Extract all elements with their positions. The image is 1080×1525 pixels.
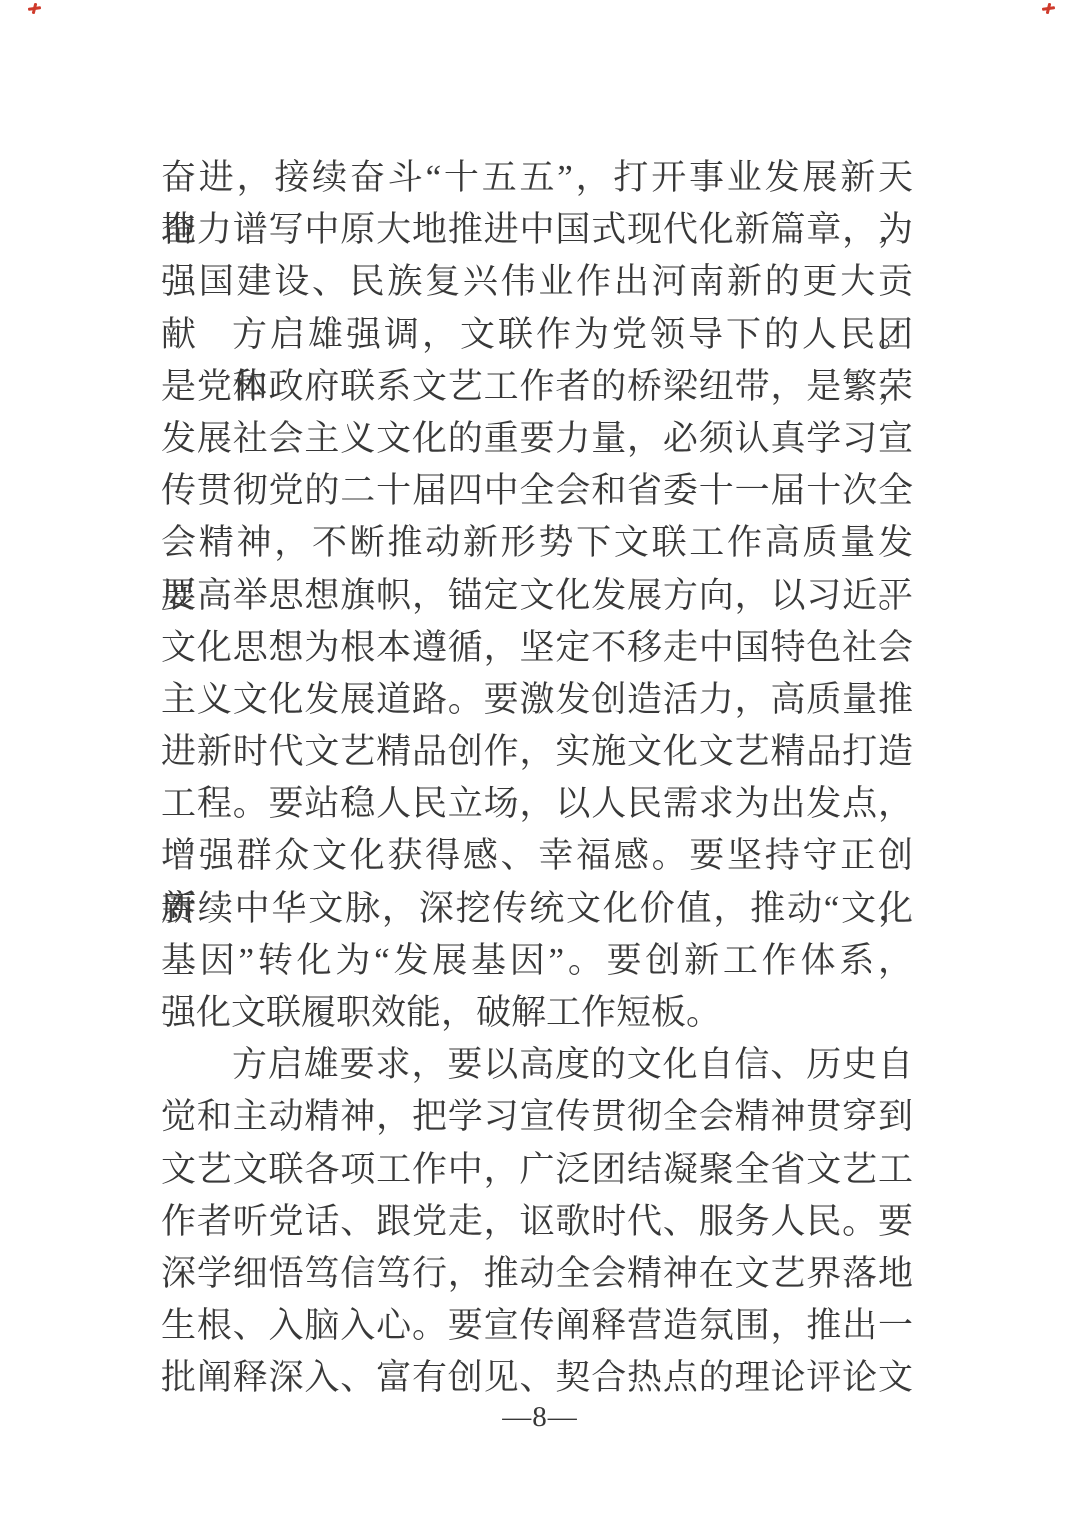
document-line: 增强群众文化获得感、幸福感。要坚持守正创新， xyxy=(161,830,913,882)
document-text-block: 奋进，接续奋斗“十五五”，打开事业发展新天地， 奋力谱写中原大地推进中国式现代化… xyxy=(161,152,913,1405)
document-line: 要高举思想旗帜，锚定文化发展方向，以习近平 xyxy=(161,570,913,622)
document-line: 工程。要站稳人民立场，以人民需求为出发点， xyxy=(161,778,913,830)
red-corner-mark-left xyxy=(27,2,43,16)
document-line: 传贯彻党的二十届四中全会和省委十一届十次全 xyxy=(161,465,913,517)
document-line: 进新时代文艺精品创作，实施文化文艺精品打造 xyxy=(161,726,913,778)
document-line: 主义文化发展道路。要激发创造活力，高质量推 xyxy=(161,674,913,726)
document-line: 文艺文联各项工作中，广泛团结凝聚全省文艺工 xyxy=(161,1144,913,1196)
document-line: 奋力谱写中原大地推进中国式现代化新篇章，为 xyxy=(161,204,913,256)
document-line: 是党和政府联系文艺工作者的桥梁纽带，是繁荣 xyxy=(161,361,913,413)
document-page: 奋进，接续奋斗“十五五”，打开事业发展新天地， 奋力谱写中原大地推进中国式现代化… xyxy=(0,0,1080,1525)
document-line: 觉和主动精神，把学习宣传贯彻全会精神贯穿到 xyxy=(161,1091,913,1143)
document-line: 奋进，接续奋斗“十五五”，打开事业发展新天地， xyxy=(161,152,913,204)
document-line: 发展社会主义文化的重要力量，必须认真学习宣 xyxy=(161,413,913,465)
document-line: 强国建设、民族复兴伟业作出河南新的更大贡献。 xyxy=(161,256,913,308)
document-line: 文化思想为根本遵循，坚定不移走中国特色社会 xyxy=(161,622,913,674)
document-line: 强化文联履职效能，破解工作短板。 xyxy=(161,987,913,1039)
document-line: 生根、入脑入心。要宣传阐释营造氛围，推出一 xyxy=(161,1300,913,1352)
document-line: 赓续中华文脉，深挖传统文化价值，推动“文化 xyxy=(161,883,913,935)
document-line: 深学细悟笃信笃行，推动全会精神在文艺界落地 xyxy=(161,1248,913,1300)
document-line: 基因”转化为“发展基因”。要创新工作体系， xyxy=(161,935,913,987)
document-line: 方启雄强调，文联作为党领导下的人民团体， xyxy=(161,309,913,361)
document-line: 作者听党话、跟党走，讴歌时代、服务人民。要 xyxy=(161,1196,913,1248)
page-number: —8— xyxy=(0,1395,1080,1439)
red-corner-mark-right xyxy=(1041,2,1057,16)
document-line: 会精神，不断推动新形势下文联工作高质量发展。 xyxy=(161,517,913,569)
document-line: 方启雄要求，要以高度的文化自信、历史自 xyxy=(161,1039,913,1091)
